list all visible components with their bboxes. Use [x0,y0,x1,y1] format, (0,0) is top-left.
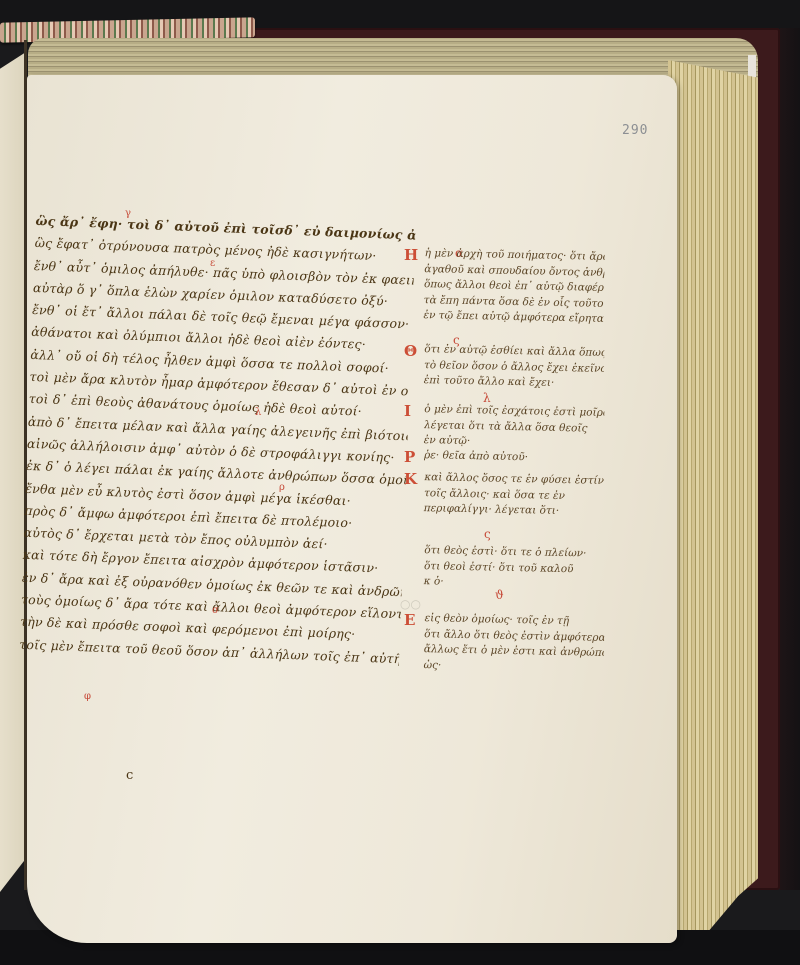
facing-page-sliver [0,52,26,892]
scholion-block: εἰς θεὸν ὁμοίως· τοῖς ἐν τῇὅτι ἄλλο ὅτι … [423,611,604,677]
scholion-block: καὶ ἄλλος ὅσος τε ἐν φύσει ἐστίντοῖς ἄλλ… [424,470,605,520]
rubricated-initial: Η [404,246,418,264]
rubricated-initial: Ρ [404,448,415,466]
rubricated-initial: Θ [404,342,417,360]
interlinear-numeral: λ [255,407,261,418]
scholion-block: ἡ μὲν ἀρχὴ τοῦ ποιήματος· ὅτι ἄρα τοῦ το… [423,246,605,327]
main-text-block: ὣς ἄρ᾽ ἔφη· τοὶ δ᾽ αὐτοῦ ἐπὶ τοῖσδ᾽ εὐ δ… [19,210,416,670]
offset-mark: ○○ [400,597,421,611]
interlinear-numeral: γ [125,208,131,219]
interlinear-numeral: ε [210,258,215,269]
fore-edge-pages [668,60,758,940]
rubricated-initial: Κ [404,470,417,488]
scholion-block: ὅτι ἐν αὐτῷ ἐσθίει καὶ ἄλλα ὅπως ἀμφότερ… [424,342,605,392]
scholion-number: ϑ [495,588,504,602]
folio-number: 290 [622,123,648,138]
rubricated-initial: Ι [404,402,411,420]
interlinear-numeral: φ [84,691,91,702]
final-mark: ϲ [126,768,133,783]
scholion-block: ὁ μὲν ἐπὶ τοῖς ἐσχάτοις ἐστὶ μοῖραλέγετα… [424,402,605,452]
interlinear-numeral: ρ [279,482,285,493]
interlinear-numeral: σ [212,605,219,616]
scholion-number: ς [484,527,491,541]
rubricated-initial: Ε [404,611,415,629]
scholion-block: ὅτι θεὸς ἐστὶ· ὅτι τε ὁ πλείων·ὅτι θεοὶ … [424,543,605,593]
